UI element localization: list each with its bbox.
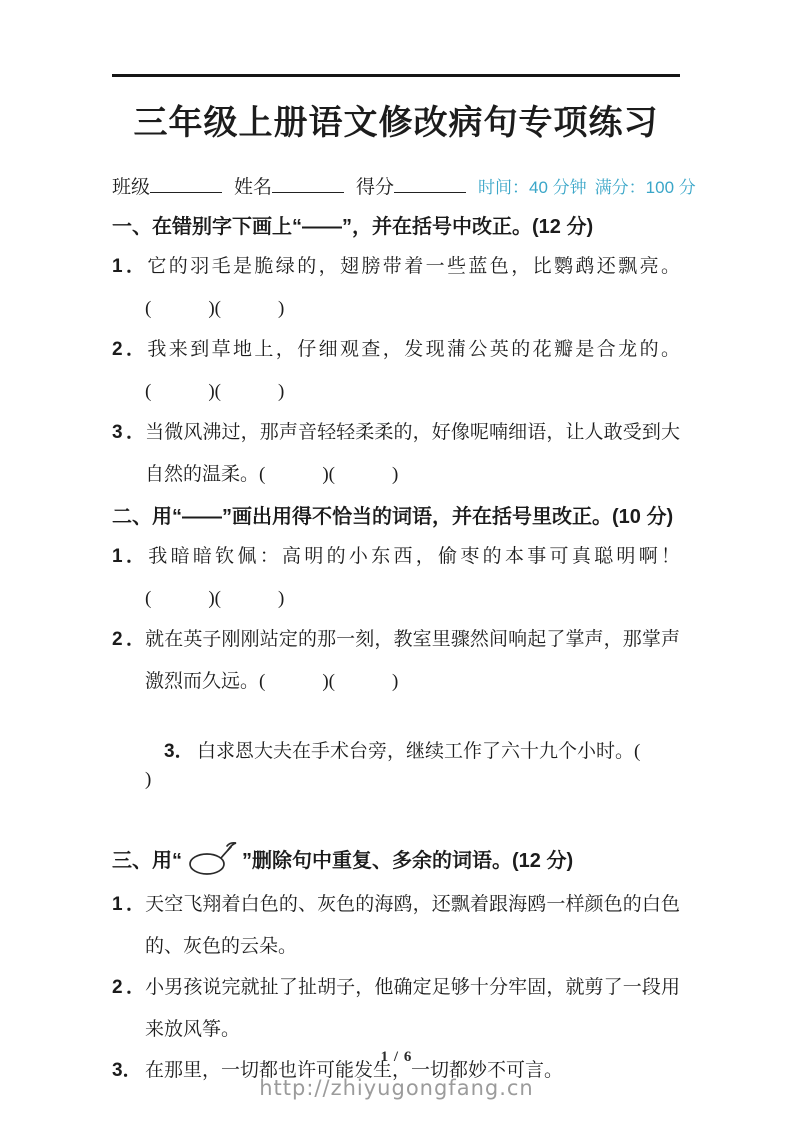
student-info-row: 班级 姓名 得分 时间：40 分钟满分：100 分 [112,172,680,199]
item-number: 2． [112,336,145,365]
exercise-line: 3．白求恩大夫在手术台旁，继续工作了六十九个小时。( ) [112,709,680,823]
item-text: 白求恩大夫在手术台旁，继续工作了六十九个小时。( ) [145,741,697,791]
item-text: 当微风沸过，那声音轻轻柔柔的，好像呢喃细语，让人敢受到大 [145,422,680,443]
exercise-line: 1．它的羽毛是脆绿的，翅膀带着一些蓝色，比鹦鹉还飘亮。 [112,253,680,282]
site-url: http://zhiyugongfang.cn [0,1076,793,1100]
exercise-line-continuation: 激烈而久远。( )( ) [112,668,680,697]
class-blank-line [150,174,222,193]
item-number: 1． [112,543,145,572]
score-label: 得分 [356,172,394,199]
item-text: 我暗暗钦佩：高明的小东西，偷枣的本事可真聪明啊！ [145,546,680,567]
exercise-line: 2．就在英子刚刚站定的那一刻，教室里骤然间响起了掌声，那掌声 [112,626,680,655]
score-blank-line [394,174,466,193]
item-text: 天空飞翔着白色的、灰色的海鸥，还飘着跟海鸥一样颜色的白色 [145,894,680,915]
student-info-fields: 班级 姓名 得分 [112,172,478,199]
item-number: 3． [112,419,145,448]
item-text: 就在英子刚刚站定的那一刻，教室里骤然间响起了掌声，那掌声 [145,629,680,650]
answer-brackets: ( )( ) [112,585,680,614]
exercise-line: 2．小男孩说完就扯了扯胡子，他确定足够十分牢固，就剪了一段用 [112,974,680,1003]
item-text: 我来到草地上，仔细观查，发现蒲公英的花瓣是合龙的。 [145,339,680,360]
section-3-heading-prefix: 三、用“ [112,850,182,872]
exercise-line-continuation: 来放风筝。 [112,1016,680,1045]
item-number: 1． [112,891,145,920]
answer-brackets: ( )( ) [112,378,680,407]
item-number: 1． [112,253,145,282]
exercise-line: 3．当微风沸过，那声音轻轻柔柔的，好像呢喃细语，让人敢受到大 [112,419,680,448]
section-3-heading: 三、用“ ”删除句中重复、多余的词语。(12 分) [112,837,680,879]
exercise-line-continuation: 的、灰色的云朵。 [112,933,680,962]
delete-mark-icon [186,837,238,879]
name-blank-line [272,174,344,193]
page-footer: 1 / 6 http://zhiyugongfang.cn [0,1049,793,1100]
time-fullmark-info: 时间：40 分钟满分：100 分 [478,173,696,198]
item-number: 2． [112,626,145,655]
fullmark-info: 满分：100 分 [595,178,696,197]
page-title: 三年级上册语文修改病句专项练习 [112,95,680,144]
page-number: 1 / 6 [0,1049,793,1066]
name-label: 姓名 [234,172,272,199]
item-text: 小男孩说完就扯了扯胡子，他确定足够十分牢固，就剪了一段用 [145,977,680,998]
item-number: 3． [164,738,197,767]
exercise-line: 1．天空飞翔着白色的、灰色的海鸥，还飘着跟海鸥一样颜色的白色 [112,891,680,920]
item-number: 2． [112,974,145,1003]
top-divider-line [112,74,680,77]
exercise-line-continuation: 自然的温柔。( )( ) [112,461,680,490]
section-2-heading: 二、用“——”画出用得不恰当的词语，并在括号里改正。(10 分) [112,503,680,531]
class-label: 班级 [112,172,150,199]
exercise-line: 2．我来到草地上，仔细观查，发现蒲公英的花瓣是合龙的。 [112,336,680,365]
section-1-heading: 一、在错别字下画上“——”，并在括号中改正。(12 分) [112,213,680,241]
answer-brackets: ( )( ) [112,295,680,324]
exercise-line: 1．我暗暗钦佩：高明的小东西，偷枣的本事可真聪明啊！ [112,543,680,572]
worksheet-page: 三年级上册语文修改病句专项练习 班级 姓名 得分 时间：40 分钟满分：100 … [0,0,793,1122]
section-3-heading-suffix: ”删除句中重复、多余的词语。(12 分) [242,850,573,872]
item-text: 它的羽毛是脆绿的，翅膀带着一些蓝色，比鹦鹉还飘亮。 [145,256,680,277]
time-info: 时间：40 分钟 [478,178,587,197]
